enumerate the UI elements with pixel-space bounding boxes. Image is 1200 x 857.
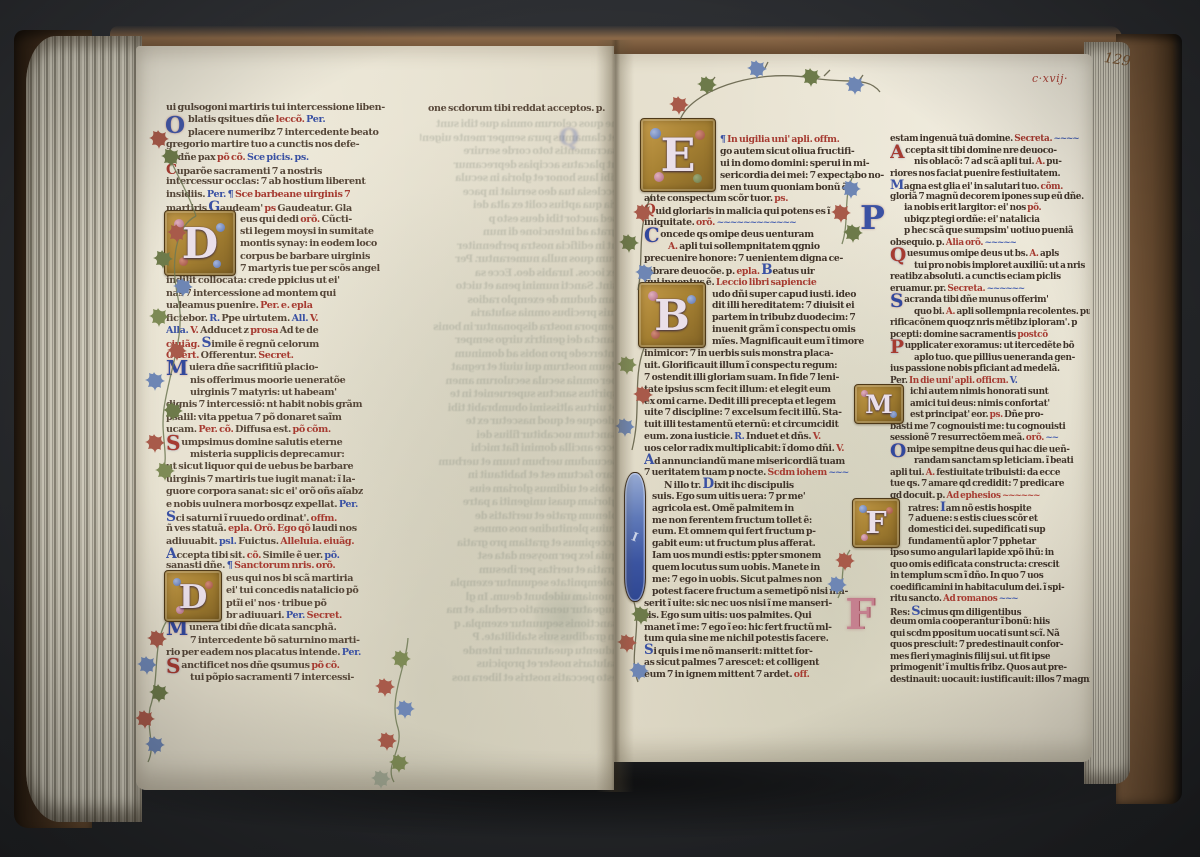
left-column-2-showthrough-text: ne quos celorum omnia que tibi suntet cl…: [420, 118, 618, 685]
manuscript-text-line: ria qua aptius colit ex alta dei: [420, 199, 618, 213]
manuscript-text-line: p hec scã que sumpsim' uotiuo pueniã: [904, 226, 1090, 238]
manuscript-text-line: fictebor. R. Ppe uirtutem. All. V.: [166, 313, 418, 325]
manuscript-text-line: eum. zona iusticie. R. Induet et dñs. V.: [644, 431, 888, 443]
manuscript-text-line: ucam. Per. cõ. Diffusa est. põ cõm.: [166, 424, 418, 436]
illuminated-initial-f: F: [852, 498, 900, 548]
manuscript-text-line: aplo tuo. que pillius ueneranda gen-: [914, 353, 1090, 365]
manuscript-text-line: randam sanctam sp leticiam. ĩ beati: [914, 456, 1090, 468]
manuscript-text-line: sti legem moysi in sumitate: [240, 226, 418, 238]
manuscript-text-line: sanctionis sequuntur exempla. q: [420, 618, 618, 632]
manuscript-text-line: estam ingenuã tuã domine. Secreta. ~~~~: [890, 134, 1090, 146]
manuscript-text-line: destinauit: uocauit: iustificauit: illos…: [890, 675, 1090, 687]
manuscript-text-line: reatibz absoluti. a cunctis eciam piclis: [890, 272, 1090, 284]
manuscript-text-line: rificacõnem quoqz nris mẽtibz iploram'. …: [890, 318, 1090, 330]
manuscript-text-line: quo omis edificata constructa: crescit: [890, 560, 1090, 572]
right-text-column-2: estam ingenuã tuã domine. Secreta. ~~~~A…: [890, 134, 1090, 686]
manuscript-text-line: cum quos nulla numerantur. Per: [420, 253, 618, 267]
manuscript-text-line: uos celor radix multiplicabit: ĩ domo dñ…: [644, 443, 888, 455]
manuscript-text-line: ualeamus puenire. Per. e. epla: [166, 300, 418, 312]
manuscript-text-line: ideoque et quod nascetur ex te: [420, 415, 618, 429]
manuscript-text-line: per omnia secula seculorum amen: [420, 375, 618, 389]
manuscript-text-line: Accepta tibi sit. cõ. Simile ẽ uer. põ.: [166, 548, 418, 560]
manuscript-text-line: solempnitate sequuntur exempla: [420, 577, 618, 591]
manuscript-text-line: aduentu queaturantur intende: [420, 645, 618, 659]
manuscript-text-line: ex omi carne. Dedit illi precepta et leg…: [644, 396, 888, 408]
manuscript-text-line: guore corpora sanat: sic ei' orõ oñs aĩa…: [166, 486, 418, 498]
manuscript-text-line: sessionẽ 7 resurrectõem meã. orõ. ~~: [890, 433, 1090, 445]
manuscript-text-line: eruamur. pr. Secreta. ~~~~~~: [890, 284, 1090, 296]
manuscript-text-line: tui põpio sacramenti 7 intercessi-: [190, 672, 418, 684]
manuscript-text-line: Sanctificet nos dñe qsumus põ cõ.: [166, 660, 418, 672]
manuscript-text-line: Quesumus omipe deus ut bs. A. apls: [890, 249, 1090, 261]
manuscript-text-line: obsequio. p. Alia orõ. ~~~~~: [890, 238, 1090, 250]
manuscript-text-line: sacramentis toto corde seruire: [420, 145, 618, 159]
manuscript-text-line: Si quis i me nõ manserit: mittet for-: [644, 645, 888, 657]
manuscript-text-line: Res: Scimus qm diligentibus: [890, 606, 1090, 618]
manuscript-text-line: riores nos faciat puenire festiuitatem.: [890, 169, 1090, 181]
left-page: ui gulsogoni martiris tui intercessione …: [136, 46, 614, 790]
manuscript-text-line: mes fieri ymaginis filij sui. ut fit ips…: [890, 652, 1090, 664]
manuscript-text-line: Sumpsimus domine salutis eterne: [166, 437, 418, 449]
manuscript-text-line: intercede pro nobis ad dominum: [420, 348, 618, 362]
manuscript-text-line: N illo tr. Dixit ihc discipulis: [664, 479, 888, 491]
manuscript-text-line: plenum gratie et ueritatis de: [420, 510, 618, 524]
manuscript-text-line: quos presciuit: 7 predestinauit confor-: [890, 640, 1090, 652]
manuscript-text-line: nis offerimus moorie ueneratõe: [190, 375, 418, 387]
manuscript-text-line: esto peccatis nostris et libera nos: [420, 672, 618, 686]
manuscript-text-line: et uirtus altissimi obumbrabit tibi: [420, 402, 618, 416]
manuscript-text-line: quia lex per moysen data est: [420, 550, 618, 564]
manuscript-text-line: ut sicut liquor qui de uebus be barbare: [166, 461, 418, 473]
manuscript-text-line: gloriam quasi unigeniti a patre: [420, 496, 618, 510]
manuscript-text-line: A. apli tui sollempnitatem qgnio: [668, 241, 888, 253]
manuscript-text-line: inuenit grãm ĩ conspectu omis: [712, 324, 888, 336]
manuscript-text-line: e nobis uulnera morbosqz expellat. Per.: [166, 499, 418, 511]
manuscript-text-line: Per. In die uni' apli. officm. V.: [890, 376, 1090, 388]
margin-initial-p: P: [860, 198, 885, 237]
manuscript-text-line: quo bi. A. apli sollempnia recolentes. p…: [914, 307, 1090, 319]
illuminated-initial-m: M: [854, 384, 904, 424]
manuscript-text-line: nobis et uidimus gloriam eius: [420, 483, 618, 497]
manuscript-text-line: Magna est glia ei' in salutari tuo. cõm.: [890, 180, 1090, 192]
manuscript-text-line: ante conspectum scõr tuor. ps.: [644, 193, 888, 205]
manuscript-text-line: inimicor: 7 in uerbis suis monstra placa…: [644, 348, 888, 360]
manuscript-text-line: ui gulsogoni martiris tui intercessione …: [166, 102, 418, 114]
manuscript-text-line: Munera tibi dñe dicata sancphã.: [166, 622, 418, 634]
manuscript-text-line: qui scdm ppositum uocati sunt scĩ. Nã: [890, 629, 1090, 641]
manuscript-text-line: sancta dei genitrix uirgo semper: [420, 334, 618, 348]
manuscript-text-line: ut in edificia nostra perhenniter: [420, 240, 618, 254]
manuscript-text-line: ratres: Iam nõ estis hospite: [908, 502, 1090, 514]
illuminated-initial-b: B: [638, 282, 706, 348]
manuscript-text-line: psalil: vita ppetua 7 põ donaret saĩm: [166, 412, 418, 424]
manuscript-text-line: misteria supplicis deprecamur:: [190, 449, 418, 461]
manuscript-text-line: Sacranda tibi dñe munus offerim': [890, 295, 1090, 307]
manuscript-text-line: Ad annunciandũ mane misericordiã tuam: [644, 455, 888, 467]
manuscript-text-line: ut placatus accipias deprecamur: [420, 159, 618, 173]
manuscript-text-line: uirginis 7 matyris: ut habeam': [190, 387, 418, 399]
manuscript-text-line: grata ad intencione di mun: [420, 226, 618, 240]
manuscript-text-line: secundum uerbum tuum et uerbum: [420, 456, 618, 470]
manuscript-text-line: blatis qsitues dñe leccõ. Per.: [188, 114, 418, 126]
manuscript-text-line: amici tui deus: nimis confortat': [910, 399, 1090, 411]
manuscript-text-line: 7 ueritatem tuam p nocte. Scdm iohem ~~~: [644, 467, 888, 479]
manuscript-text-line: eus qui dedi orõ. Cũcti-: [240, 214, 418, 226]
manuscript-text-line: men tuum quoniam bonũ ẽ: [720, 182, 888, 194]
manuscript-photograph: ui gulsogoni martiris tui intercessione …: [0, 0, 1200, 857]
manuscript-text-line: 7 ostendit illi gloriam suam. In fide 7 …: [644, 372, 888, 384]
manuscript-text-line: sint. Sancti numini pena et uicto: [420, 280, 618, 294]
manuscript-text-line: iam dudum de exemplo radios: [420, 294, 618, 308]
manuscript-text-line: ia nobis erit largitor: ei' nos põ.: [904, 203, 1090, 215]
manuscript-text-line: ñ ves statuã. epla. Orõ. Ego qõ laudi no…: [166, 523, 418, 535]
manuscript-text-line: ichi autem nimis honorati sunt: [910, 387, 1090, 399]
manuscript-text-line: Iam uos mundi estis: ppter smonem: [652, 550, 888, 562]
manuscript-text-line: basti me 7 cognouisti me: tu cognouisti: [890, 422, 1090, 434]
manuscript-text-line: ecce ancilla domini fiat michi: [420, 442, 618, 456]
manuscript-text-line: deum omia cooperantur ĩ bonũ: hiis: [890, 617, 1090, 629]
manuscript-text-line: domestici dei. supedificati sup: [908, 525, 1090, 537]
manuscript-text-line: gregorio martire tuo a cunctis nos defe-: [166, 139, 418, 151]
manuscript-text-line: tue qs. 7 amare qd credidit: 7 predicare: [890, 479, 1090, 491]
manuscript-text-line: Accepta sit tibi domine nre deuoco-: [890, 146, 1090, 158]
manuscript-text-line: accepimus et gratiam pro gratia: [420, 537, 618, 551]
manuscript-text-line: cuius plenitudine nos omnes: [420, 523, 618, 537]
manuscript-text-line: Quid gloriaris in malicia qui potens es …: [644, 205, 888, 217]
manuscript-text-line: nis oblacõ: 7 ad scã apli tui. A. pu-: [914, 157, 1090, 169]
manuscript-text-line: ne quos celorum omnia que tibi sunt: [420, 118, 618, 132]
manuscript-text-line: dignis 7 intercessiõ: nt habit nobis grã…: [166, 399, 418, 411]
illuminated-initial-e: E: [640, 118, 716, 192]
manuscript-text-line: adiuuabit. psl. Fuictus. Alleluia. eiuãg…: [166, 536, 418, 548]
manuscript-text-line: ptĩi ei' nos · tribue põ: [226, 598, 418, 610]
quire-mark: c·xvij·: [1032, 72, 1068, 85]
page-edges-left: [26, 36, 142, 822]
manuscript-text-line: mĩes. Magnificauit eum ĩ timore: [712, 336, 888, 348]
manuscript-text-line: ex iocos. Iurabis deo. Ecce sa: [420, 267, 618, 281]
manuscript-text-line: 7 martyris tue per scõs angel: [240, 263, 418, 275]
manuscript-text-line: lebrare deuocõe. p. epla. Beatus uir: [644, 265, 888, 277]
manuscript-text-line: quem locutus sum uobis. Manete in: [652, 562, 888, 574]
manuscript-text-line: as sicut palmes 7 arescet: et colligent: [644, 657, 888, 669]
manuscript-text-line: one scdorum tibi reddat acceptos. p.: [428, 102, 628, 115]
manuscript-text-line: uirginis 7 martiris tue iugit manat: ĩ l…: [166, 474, 418, 486]
manuscript-text-line: ubiqz ptegi ordñe: ei' natalicia: [904, 215, 1090, 227]
manuscript-text-line: iu dñe pax põ cõ. Sce picis. ps.: [166, 152, 418, 164]
manuscript-text-line: ius passione nobis pficiant ad medelã.: [890, 364, 1090, 376]
manuscript-text-line: gratia et ueritas per ihesum: [420, 564, 618, 578]
manuscript-text-line: me: 7 ego in uobis. Sicut palmes non: [652, 574, 888, 586]
manuscript-text-line: uite 7 discipline: 7 excelsum fecit illũ…: [644, 407, 888, 419]
manuscript-text-line: montis synay: in eodem loco: [240, 238, 418, 250]
manuscript-text-line: partem in tribubz duodecim: 7: [712, 312, 888, 324]
manuscript-text-line: in gradibus suis stabilitate. P: [420, 631, 618, 645]
manuscript-text-line: sed auctor tibi deus esto p: [420, 213, 618, 227]
showthrough-initial-q: Q: [556, 122, 582, 152]
manuscript-text-line: Muiera dñe sacrifitiũ placio-: [166, 362, 418, 374]
manuscript-text-line: qd docuit. p. Ad ephesios ~~~~~~: [890, 491, 1090, 503]
manuscript-text-line: sanctum uocabitur filius dei: [420, 429, 618, 443]
penwork-initial-f: F: [844, 590, 876, 638]
manuscript-text-line: uit. Glorificauit illum ĩ conspectu regu…: [644, 360, 888, 372]
manuscript-text-line: intercessur occlas: 7 ab hostium liberen…: [166, 176, 418, 188]
manuscript-text-line: est principat' eor. ps. Dñe pro-: [910, 410, 1090, 422]
manuscript-text-line: Offert. Offerentur. Secret.: [166, 350, 418, 362]
manuscript-text-line: salutaris noster et propicius: [420, 658, 618, 672]
manuscript-text-line: tuit illi testamentũ eternũ: et circumci…: [644, 419, 888, 431]
manuscript-text-line: sericordia dei mei: 7 expectabo no-: [720, 170, 888, 182]
manuscript-text-line: caro factum est et habitauit in: [420, 469, 618, 483]
manuscript-text-line: corpus be barbare uirginis: [240, 251, 418, 263]
manuscript-text-line: Sci saturni ĩ ruuedo ordinat'. offm.: [166, 511, 418, 523]
manuscript-text-line: dit illi hereditatem: 7 diuisit ei: [712, 300, 888, 312]
manuscript-text-line: ¶ In uigilia uni' apli. offm.: [720, 134, 888, 146]
manuscript-text-line: et clamamus pura semper mente uigent: [420, 132, 618, 146]
manuscript-text-line: quoniam uidebunt deum. In gl: [420, 591, 618, 605]
penwork-initial-o: O: [164, 112, 186, 139]
manuscript-text-line: ei' tui concedis natalicio põ: [226, 585, 418, 597]
manuscript-text-line: apli tui. A. festiuitate tribuisti: da e…: [890, 468, 1090, 480]
manuscript-text-line: udo dñi super capud iusti. ideo: [712, 289, 888, 301]
manuscript-text-line: go autem sicut oliua fructifi-: [720, 146, 888, 158]
manuscript-text-line: placere numeribz 7 intercedente beato: [188, 127, 418, 139]
manuscript-text-line: augeatur ueneratio credula. et ma: [420, 604, 618, 618]
manuscript-text-line: insidiis. Per. ¶ Sce barbeane uirginis 7: [166, 189, 418, 201]
manuscript-text-line: primogenit' ĩ multis fribz. Quos aut pre…: [890, 663, 1090, 675]
manuscript-text-line: pcepti: domine sacramentis postcõ: [890, 330, 1090, 342]
manuscript-text-line: fundamentũ aplor 7 pphetar: [908, 537, 1090, 549]
manuscript-text-line: tempora nostra disponantur in bonis: [420, 321, 618, 335]
manuscript-text-line: ui in domo domini: sperui in mi-: [720, 158, 888, 170]
manuscript-text-line: tate ipsius scm fecit illum: et elegit e…: [644, 384, 888, 396]
manuscript-text-line: nas 7 intercessione ad montem qui: [166, 288, 418, 300]
manuscript-text-line: 7 intercedente bõ saturnino marti-: [190, 635, 418, 647]
manuscript-text-line: eus qui nos bi scã martiria: [226, 573, 418, 585]
manuscript-text-line: rio per eadem nos placatus intende. Per.: [166, 647, 418, 659]
manuscript-text-line: ipso sumo angulari lapide xpõ ihũ: in: [890, 548, 1090, 560]
manuscript-text-line: spiritus sanctus superueniet in te: [420, 388, 618, 402]
manuscript-text-line: in templum scm ĩ dño. In quo 7 uos: [890, 571, 1090, 583]
manuscript-text-line: ciuiãg. Simile ẽ regnũ celorum: [166, 337, 418, 349]
manuscript-text-line: tuis precibus omnia salutaria: [420, 307, 618, 321]
illuminated-initial-i: I: [624, 472, 646, 602]
manuscript-text-line: eum 7 in ignem mittent 7 ardet. off.: [644, 669, 888, 681]
manuscript-text-line: Pupplicater exoramus: ut itercedẽte bõ: [890, 341, 1090, 353]
manuscript-text-line: deum nostrum qui uiuit et regnat: [420, 361, 618, 375]
manuscript-text-line: tibi laus honor et gloria in secula: [420, 172, 618, 186]
manuscript-text-line: br adiuuari. Per. Secret.: [226, 610, 418, 622]
manuscript-text-line: 7 aduene: s estis ciues scõr et: [908, 514, 1090, 526]
manuscript-text-line: indilit collocata: crede ppicius ut ei': [166, 275, 418, 287]
manuscript-text-line: coedificamini in habitaculum dei. ĩ spi-: [890, 583, 1090, 595]
manuscript-text-line: Cuparõe sacramenti 7 a nostris: [166, 164, 418, 176]
left-column-2-top-line: one scdorum tibi reddat acceptos. p.: [428, 102, 628, 115]
manuscript-text-line: Concede qs omipe deus uenturam: [644, 229, 888, 241]
manuscript-text-line: Omipe sempitne deus qui hac die ueñ-: [890, 445, 1090, 457]
manuscript-text-line: iniquitate. orõ. ~~~~~~~~~~~~: [644, 217, 888, 229]
manuscript-text-line: tui pro nobis imploret auxiliũ: ut a nri…: [914, 261, 1090, 273]
right-page: ¶ In uigilia uni' apli. offm.go autem si…: [614, 54, 1092, 762]
manuscript-text-line: gloriã 7 magnũ decorem ipones sup eũ dñe…: [890, 192, 1090, 204]
illuminated-initial-d-lower: D: [164, 570, 222, 622]
manuscript-text-line: ecclesia tua deo seruiat in pace: [420, 186, 618, 200]
illuminated-initial-d-upper: D: [164, 210, 236, 276]
